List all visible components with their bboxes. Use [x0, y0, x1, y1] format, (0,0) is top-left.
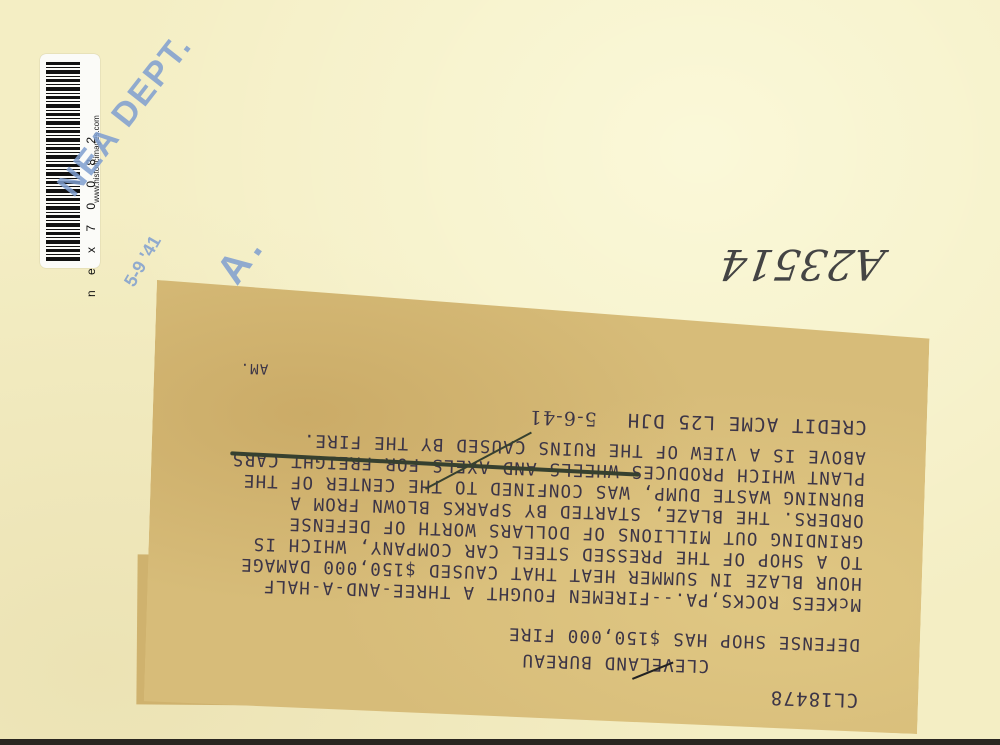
- caption-date: 5-6-41: [528, 406, 597, 429]
- caption-text: CL18478 CLEVELAND BUREAU DEFENSE SHOP HA…: [143, 280, 930, 734]
- scan-bottom-edge: [0, 739, 1000, 745]
- caption-slip: CL18478 CLEVELAND BUREAU DEFENSE SHOP HA…: [143, 280, 930, 734]
- caption-id: CL18478: [769, 686, 858, 710]
- caption-suffix: AM.: [239, 357, 269, 379]
- caption-bureau: CLEVELAND BUREAU: [521, 649, 709, 676]
- caption-credit: CREDIT ACME L25 DJH: [626, 409, 867, 438]
- handwritten-note: A23514: [717, 240, 888, 289]
